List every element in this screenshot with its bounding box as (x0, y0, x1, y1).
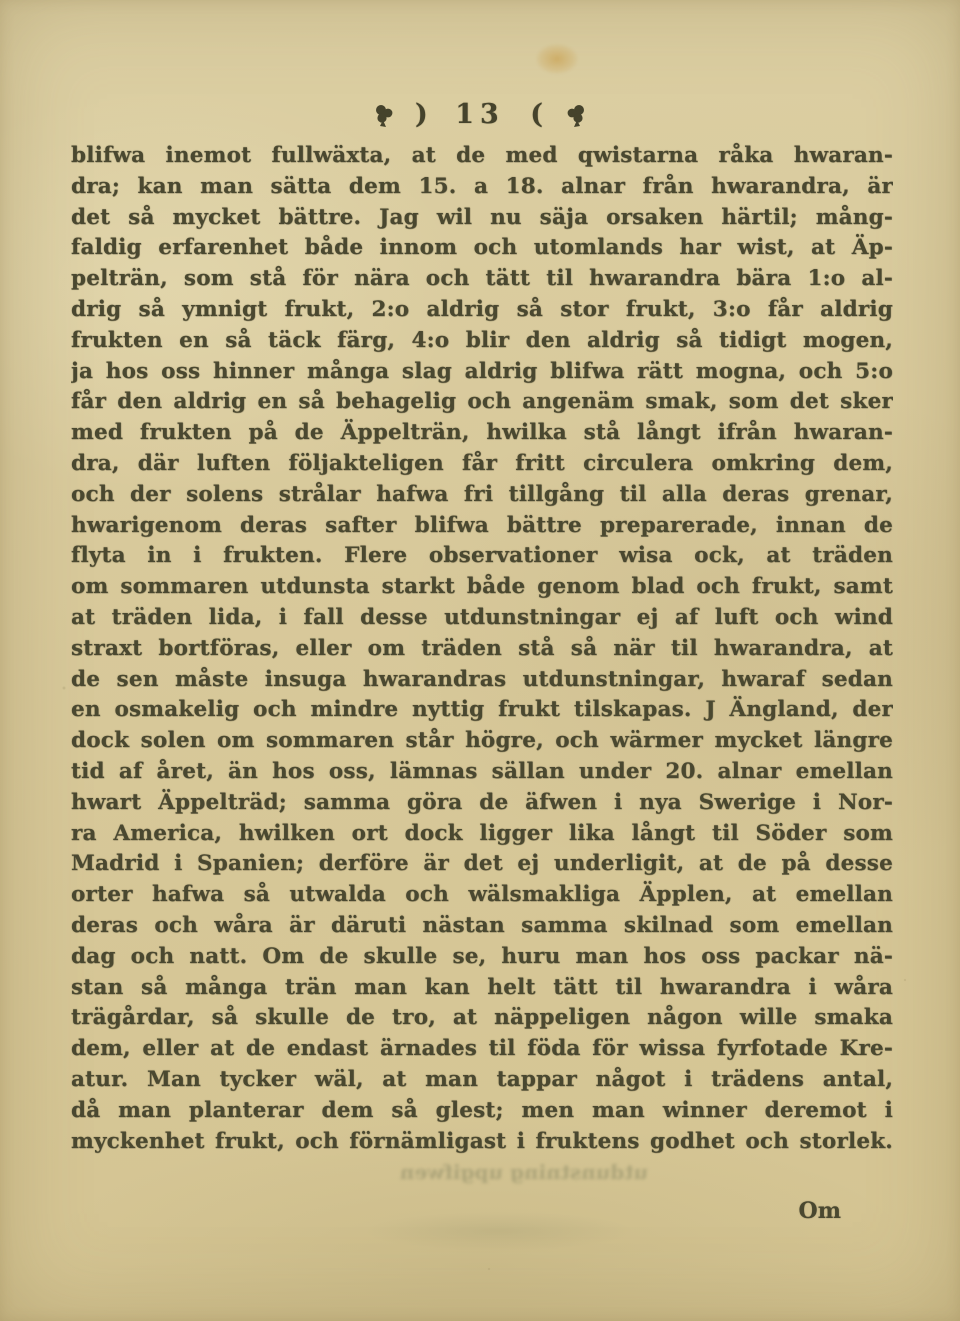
text-line: dock solen om sommaren står högre, och w… (71, 726, 893, 757)
text-line: faldig erfarenhet både innom och utomlan… (71, 233, 893, 264)
page-number: 13 (455, 99, 505, 130)
text-line: trägårdar, så skulle de tro, at näppelig… (71, 1003, 893, 1034)
text-line: dem, eller at de endast ärnades til föda… (71, 1034, 893, 1065)
text-line: dag och natt. Om de skulle se, huru man … (71, 942, 893, 973)
text-line: straxt bortföras, eller om träden stå så… (71, 634, 893, 665)
text-line: ja hos oss hinner många slag aldrig blif… (71, 357, 893, 388)
page-header: ) 13 ( (0, 99, 960, 134)
text-line: orter hafwa så utwalda och wälsmakliga Ä… (71, 880, 893, 911)
show-through-text: utdunstning upgifwen (348, 1160, 648, 1184)
text-line: med frukten på de Äppelträn, hwilka stå … (71, 418, 893, 449)
text-line: frukten en så täck färg, 4:o blir den al… (71, 326, 893, 357)
text-line: blifwa inemot fullwäxta, at de med qwist… (71, 141, 893, 172)
scanned-book-page: ) 13 ( blifwa inemot fullwäxta, at de me… (0, 0, 960, 1321)
text-line: Madrid i Spanien; derföre är det ej unde… (71, 849, 893, 880)
text-line: det så mycket bättre. Jag wil nu säja or… (71, 203, 893, 234)
header-bracket-open: ) (415, 99, 430, 130)
text-line: hwart Äppelträd; samma göra de äfwen i n… (71, 788, 893, 819)
text-line: at träden lida, i fall desse utdunstning… (71, 603, 893, 634)
text-line: tid af året, än hos oss, lämnas sällan u… (71, 757, 893, 788)
text-line: drig så ymnigt frukt, 2:o aldrig så stor… (71, 295, 893, 326)
text-line: får den aldrig en så behagelig och angen… (71, 387, 893, 418)
paper-stain (536, 44, 578, 74)
text-line: atur. Man tycker wäl, at man tappar någo… (71, 1065, 893, 1096)
header-bracket-close: ( (530, 99, 545, 130)
text-line: och der solens strålar hafwa fri tillgån… (71, 480, 893, 511)
catchword: Om (71, 1198, 893, 1224)
text-line: deras och wåra är däruti nästan samma sk… (71, 911, 893, 942)
text-line: ra America, hwilken ort dock ligger lika… (71, 819, 893, 850)
text-line: dra, där luften följakteligen får fritt … (71, 449, 893, 480)
text-line: pelträn, som stå för nära och tätt til h… (71, 264, 893, 295)
fleuron-right-icon (566, 103, 586, 134)
text-line: stan så många trän man kan helt tätt til… (71, 973, 893, 1004)
text-line: en osmakelig och mindre nyttig frukt til… (71, 695, 893, 726)
text-line: myckenhet frukt, och förnämligast i fruk… (71, 1127, 893, 1158)
text-line: om sommaren utdunsta starkt både genom b… (71, 572, 893, 603)
fleuron-left-icon (374, 103, 394, 134)
text-line: flyta in i frukten. Flere observationer … (71, 541, 893, 572)
text-line: då man planterar dem så glest; men man w… (71, 1096, 893, 1127)
text-line: hwarigenom deras safter blifwa bättre pr… (71, 511, 893, 542)
text-line: de sen måste insuga hwarandras utdunstni… (71, 665, 893, 696)
text-line: dra; kan man sätta dem 15. a 18. alnar f… (71, 172, 893, 203)
page-text-block: blifwa inemot fullwäxta, at de med qwist… (71, 141, 893, 1157)
